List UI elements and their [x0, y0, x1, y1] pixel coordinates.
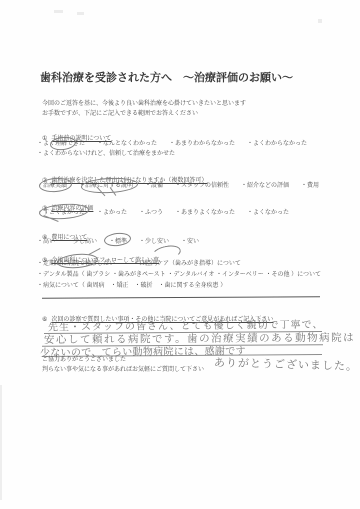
scan-artifact-top-2: [77, 12, 84, 15]
question-6-number: ⑥: [42, 317, 47, 323]
scan-artifact-right: [318, 19, 322, 23]
section-divider-line: [42, 296, 320, 298]
scan-artifact-top-1: [54, 10, 63, 13]
question-2-options-line-1: ・治療実績 ・治療に対する説明 ・設備 ・スタッフの信頼性 ・紹介などの評価 ・…: [37, 180, 319, 189]
intro-line-2: お手数ですが、下記にご記入できる範囲でお答えください: [42, 111, 198, 118]
handwritten-comment-line-4: ありがとうございました。: [214, 354, 358, 374]
question-5-options-line-3: ・病気について（ 歯周病 ・矯正 ・破折 ・歯に関する全身疾患 ）: [37, 280, 226, 289]
question-1-options-line-1: ・よく理解できた ・なんとなくわかった ・あまりわからなかった ・よくわからなか…: [37, 138, 307, 147]
pen-circle-q4-standard: [103, 232, 131, 248]
scanned-survey-page: 歯科治療を受診された方へ ～治療評価のお願い～ 今回のご返答を基に、今後より良い…: [0, 0, 360, 509]
closing-note-2: 判らない事や気になる事があればお気軽にご質問して下さい: [42, 367, 204, 374]
closing-note-1: ご協力ありがとうございました: [42, 357, 126, 364]
question-5-options-line-2: ・デンタル製品（ 歯ブラシ ・歯みがきペースト ・デンタルバイオ ・インターベリ…: [37, 269, 321, 278]
intro-line-1: 今回のご返答を基に、今後より良い歯科治療を心掛けていきたいと思います: [42, 101, 246, 108]
form-title: 歯科治療を受診された方へ ～治療評価のお願い～: [40, 69, 293, 85]
scan-artifact-left-edge: [0, 385, 2, 500]
